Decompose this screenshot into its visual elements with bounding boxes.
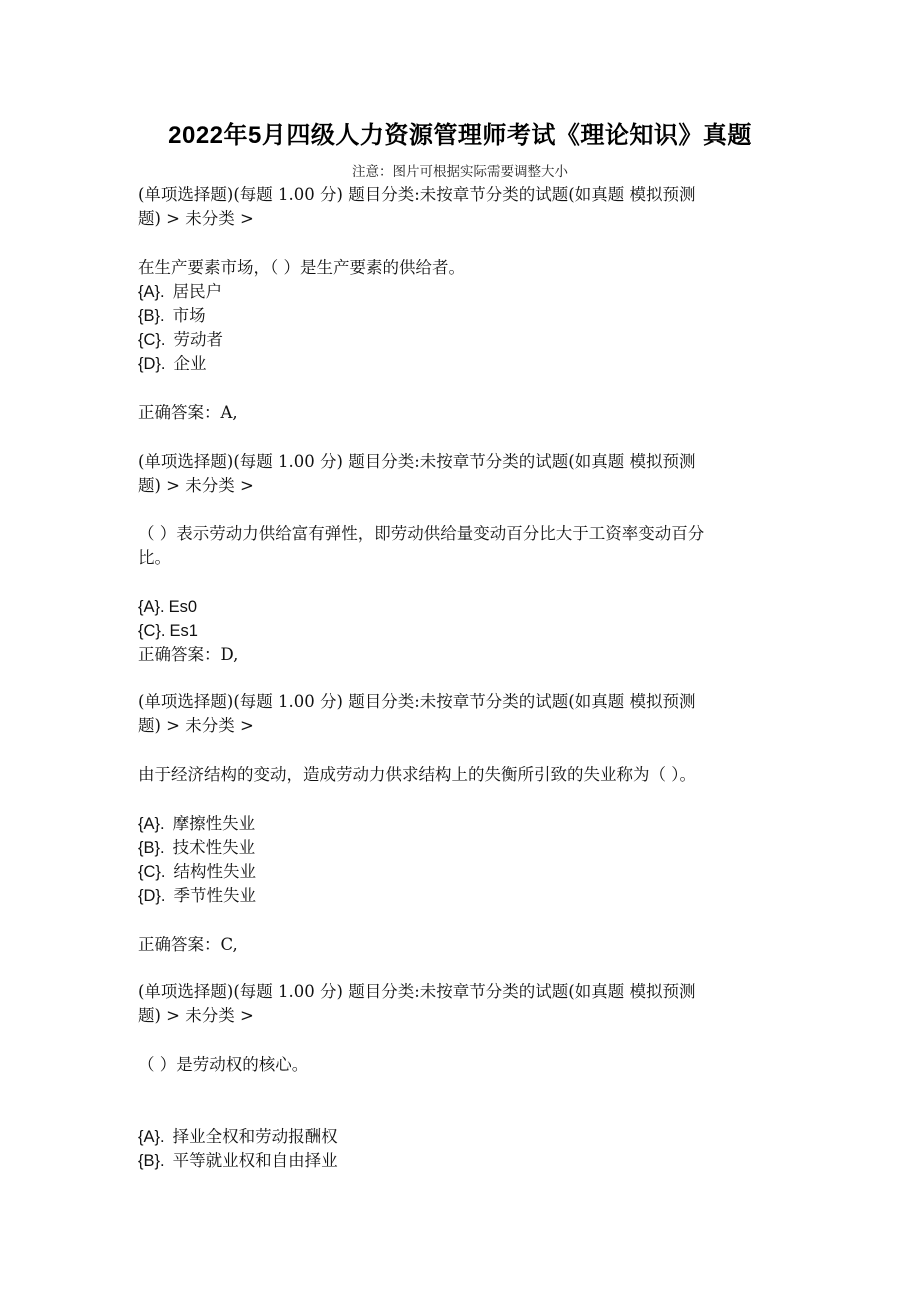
option-text: 季节性失业	[174, 886, 257, 905]
option-key: {D}.	[138, 887, 166, 905]
option-text: 居民户	[173, 282, 223, 301]
option-text: 劳动者	[174, 330, 224, 349]
document-note: 注意：图片可根据实际需要调整大小	[0, 163, 920, 181]
question-2-option-c: {C}.Es1	[138, 619, 788, 643]
option-key: {A}.	[138, 283, 165, 301]
question-1-category-line-1: (单项选择题)(每题 1.00 分) 题目分类:未按章节分类的试题(如真题 模拟…	[138, 183, 788, 207]
question-1-option-a: {A}.居民户	[138, 280, 788, 304]
option-key: {C}.	[138, 331, 166, 349]
question-3-option-a: {A}.摩擦性失业	[138, 812, 788, 836]
question-2-stem-line-1: （ ）表示劳动力供给富有弹性，即劳动供给量变动百分比大于工资率变动百分	[138, 522, 788, 546]
document-page: 2022年5月四级人力资源管理师考试《理论知识》真题 注意：图片可根据实际需要调…	[0, 0, 920, 1302]
question-2-category-line-2: 题) > 未分类 >	[138, 474, 788, 498]
option-key: {C}.	[138, 622, 166, 640]
option-key: {A}.	[138, 1128, 165, 1146]
question-1-answer: 正确答案：A,	[138, 401, 788, 425]
option-text: 市场	[173, 306, 206, 325]
question-1-option-b: {B}.市场	[138, 304, 788, 328]
option-text: 企业	[174, 354, 207, 373]
question-4-stem: （ ）是劳动权的核心。	[138, 1053, 788, 1077]
option-text: 摩擦性失业	[173, 814, 256, 833]
question-4-category-line-2: 题) > 未分类 >	[138, 1004, 788, 1028]
question-4-option-b: {B}.平等就业权和自由择业	[138, 1149, 788, 1173]
question-2-option-a: {A}.Es0	[138, 595, 788, 619]
question-3-category-line-1: (单项选择题)(每题 1.00 分) 题目分类:未按章节分类的试题(如真题 模拟…	[138, 690, 788, 714]
question-2-stem-line-2: 比。	[138, 546, 788, 570]
question-1-stem: 在生产要素市场，（ ）是生产要素的供给者。	[138, 256, 788, 280]
option-key: {B}.	[138, 839, 165, 857]
question-1-category-line-2: 题) > 未分类 >	[138, 207, 788, 231]
option-key: {D}.	[138, 355, 166, 373]
question-3-category-line-2: 题) > 未分类 >	[138, 714, 788, 738]
option-text: 结构性失业	[174, 862, 257, 881]
question-2-category-line-1: (单项选择题)(每题 1.00 分) 题目分类:未按章节分类的试题(如真题 模拟…	[138, 450, 788, 474]
option-key: {B}.	[138, 307, 165, 325]
question-3-option-b: {B}.技术性失业	[138, 836, 788, 860]
question-1-option-c: {C}.劳动者	[138, 328, 788, 352]
option-key: {A}.	[138, 598, 165, 616]
option-text: 平等就业权和自由择业	[173, 1151, 338, 1170]
option-key: {A}.	[138, 815, 165, 833]
option-text: 技术性失业	[173, 838, 256, 857]
question-2-answer: 正确答案：D,	[138, 643, 788, 667]
option-text: Es0	[169, 598, 197, 616]
option-text: Es1	[170, 622, 198, 640]
question-4-option-a: {A}.择业全权和劳动报酬权	[138, 1125, 788, 1149]
question-3-answer: 正确答案：C,	[138, 933, 788, 957]
option-text: 择业全权和劳动报酬权	[173, 1127, 338, 1146]
question-3-stem: 由于经济结构的变动，造成劳动力供求结构上的失衡所引致的失业称为（ ）。	[138, 763, 788, 787]
question-4-category-line-1: (单项选择题)(每题 1.00 分) 题目分类:未按章节分类的试题(如真题 模拟…	[138, 980, 788, 1004]
option-key: {B}.	[138, 1152, 165, 1170]
question-3-option-d: {D}.季节性失业	[138, 884, 788, 908]
option-key: {C}.	[138, 863, 166, 881]
document-title: 2022年5月四级人力资源管理师考试《理论知识》真题	[0, 121, 920, 151]
question-1-option-d: {D}.企业	[138, 352, 788, 376]
question-3-option-c: {C}.结构性失业	[138, 860, 788, 884]
